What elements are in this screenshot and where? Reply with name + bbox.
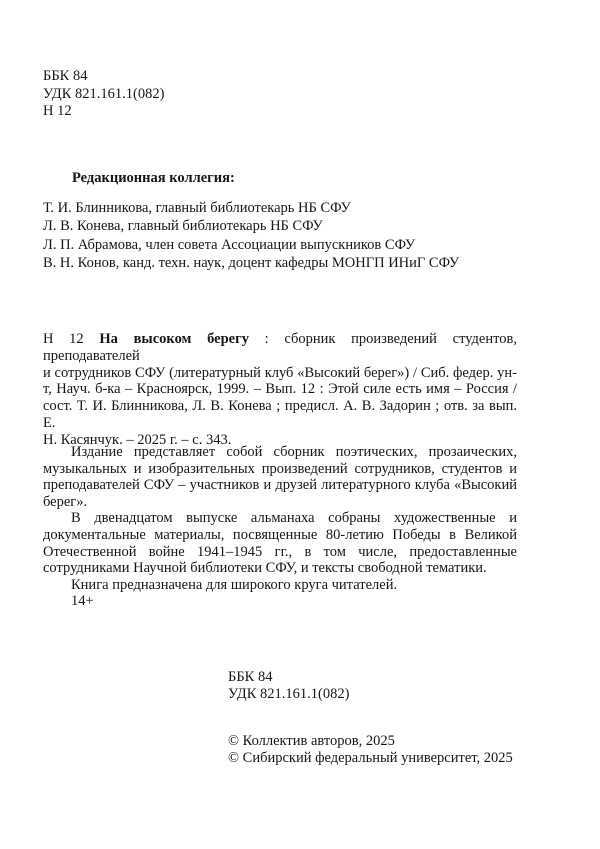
text-line: Отечественной войне 1941–1945 гг., в том… bbox=[43, 544, 517, 561]
editorial-board-heading: Редакционная коллегия: bbox=[72, 170, 235, 187]
author-sign-code: Н 12 bbox=[43, 103, 164, 121]
text-line: т, Науч. б-ка – Красноярск, 1999. – Вып.… bbox=[43, 381, 517, 398]
copyright-university: © Сибирский федеральный университет, 202… bbox=[228, 750, 513, 767]
audience-line: Книга предназначена для широкого круга ч… bbox=[43, 577, 517, 594]
imprint-page: ББК 84 УДК 821.161.1(082) Н 12 Редакцион… bbox=[0, 0, 600, 849]
editorial-board-list: Т. И. Блинникова, главный библиотекарь Н… bbox=[43, 199, 459, 273]
annotation-paragraph-1: Издание представляет собой сборник поэти… bbox=[43, 444, 517, 510]
udk-code-bottom: УДК 821.161.1(082) bbox=[228, 686, 349, 703]
bottom-classification-block: ББК 84 УДК 821.161.1(082) bbox=[228, 669, 349, 703]
text-line: берег». bbox=[43, 494, 517, 511]
text-line: В двенадцатом выпуске альманаха собраны … bbox=[43, 510, 517, 527]
text-line: Н 12 На высоком берегу : сборник произве… bbox=[43, 331, 517, 365]
text-line: музыкальных и изобразительных произведен… bbox=[43, 461, 517, 478]
copyright-block: © Коллектив авторов, 2025 © Сибирский фе… bbox=[228, 733, 513, 767]
annotation-block: Издание представляет собой сборник поэти… bbox=[43, 444, 517, 610]
bbk-code: ББК 84 bbox=[43, 68, 164, 86]
catalog-entry-paragraph: Н 12 На высоком берегу : сборник произве… bbox=[43, 331, 517, 449]
text-line: сост. Т. И. Блинникова, Л. В. Конева ; п… bbox=[43, 398, 517, 432]
editorial-member: В. Н. Конов, канд. техн. наук, доцент ка… bbox=[43, 254, 459, 272]
book-title: На высоком берегу bbox=[99, 331, 249, 347]
text-segment: Н 12 bbox=[43, 331, 99, 347]
text-line: преподавателей СФУ – участников и друзей… bbox=[43, 477, 517, 494]
editorial-member: Л. В. Конева, главный библиотекарь НБ СФ… bbox=[43, 217, 459, 235]
text-line: документальные материалы, посвященные 80… bbox=[43, 527, 517, 544]
annotation-paragraph-2: В двенадцатом выпуске альманаха собраны … bbox=[43, 510, 517, 576]
age-rating: 14+ bbox=[43, 593, 517, 610]
bbk-code-bottom: ББК 84 bbox=[228, 669, 349, 686]
text-line: Издание представляет собой сборник поэти… bbox=[43, 444, 517, 461]
udk-code: УДК 821.161.1(082) bbox=[43, 86, 164, 104]
text-line: и сотрудников СФУ (литературный клуб «Вы… bbox=[43, 365, 517, 382]
top-classification-block: ББК 84 УДК 821.161.1(082) Н 12 bbox=[43, 68, 164, 121]
editorial-member: Т. И. Блинникова, главный библиотекарь Н… bbox=[43, 199, 459, 217]
editorial-member: Л. П. Абрамова, член совета Ассоциации в… bbox=[43, 236, 459, 254]
text-line: сотрудниками Научной библиотеки СФУ, и т… bbox=[43, 560, 517, 577]
copyright-authors: © Коллектив авторов, 2025 bbox=[228, 733, 513, 750]
